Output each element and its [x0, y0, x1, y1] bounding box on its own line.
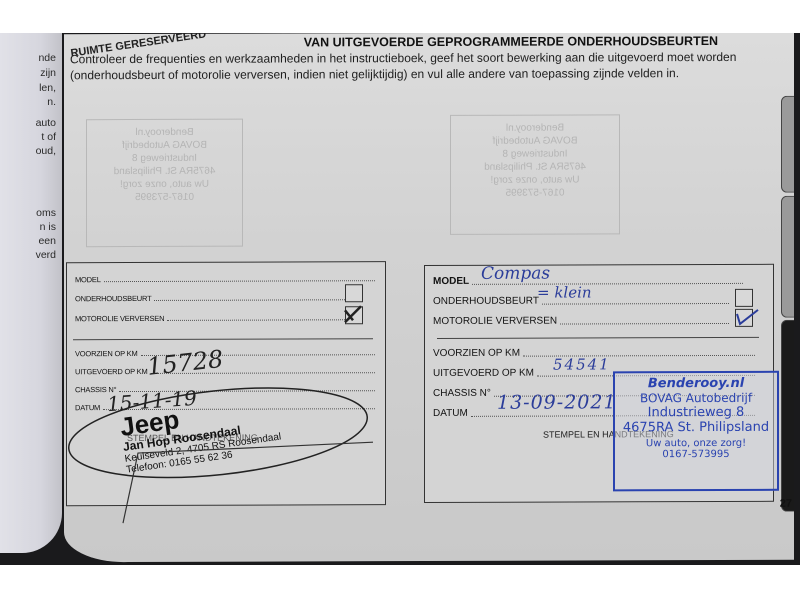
- uitgevoerd-value: 54541: [553, 355, 611, 373]
- datum-value: 13-09-2021: [497, 391, 617, 413]
- onderhoudsbeurt-row: ONDERHOUDSBEURT: [75, 293, 347, 303]
- onderhoudsbeurt-label: ONDERHOUDSBEURT: [75, 294, 151, 303]
- ghost-line: 0167-573995: [87, 191, 242, 205]
- ghost-line: Uw auto, onze zorg!: [451, 173, 619, 187]
- chassis-label: CHASSIS N°: [433, 388, 491, 399]
- booklet-photo: nde zijn len, n. auto t of oud, oms n is…: [0, 33, 800, 565]
- uitgevoerd-label: UITGEVOERD OP KM: [433, 368, 534, 379]
- check-mark-icon: [343, 304, 363, 324]
- dotted-leader: [154, 299, 347, 301]
- stamp-street: Industrieweg 8: [615, 406, 777, 422]
- uitgevoerd-row: UITGEVOERD OP KM: [75, 366, 375, 376]
- stamp-type: BOVAG Autobedrijf: [615, 392, 777, 406]
- page-number: 27: [780, 498, 792, 510]
- datum-label: DATUM: [433, 408, 468, 419]
- check-mark-icon: [734, 306, 760, 326]
- left-page-text: nde: [38, 51, 56, 67]
- motorolie-row: MOTOROLIE VERVERSEN: [433, 315, 729, 327]
- ghost-line: 4675RA St. Philipsland: [451, 160, 619, 174]
- onderhoudsbeurt-value: = klein: [537, 283, 592, 301]
- section-tab[interactable]: [781, 320, 794, 512]
- ghost-line: 0167-573995: [451, 186, 619, 200]
- section-tab[interactable]: [781, 196, 794, 318]
- dotted-leader: [167, 319, 347, 321]
- ghost-line: BOVAG Autobedrijf: [87, 139, 242, 153]
- voorzien-label: VOORZIEN OP KM: [75, 349, 138, 358]
- motorolie-label: MOTOROLIE VERVERSEN: [433, 316, 557, 327]
- section-tab[interactable]: [781, 96, 794, 193]
- voorzien-row: VOORZIEN OP KM: [75, 348, 375, 358]
- ghost-stamp: Benderooy.nl BOVAG Autobedrijf Industrie…: [450, 114, 620, 235]
- left-page-text: zijn: [40, 66, 56, 82]
- stamp-slogan: Uw auto, onze zorg!: [615, 437, 777, 449]
- ghost-line: 4675RA St. Philipsland: [87, 165, 242, 179]
- divider: [437, 337, 759, 339]
- model-label: MODEL: [75, 275, 101, 284]
- left-page-text: verd: [36, 248, 56, 264]
- model-row: MODEL: [75, 274, 375, 284]
- stamp-city: 4675RA St. Philipsland: [615, 420, 777, 436]
- maintenance-form-1: MODEL ONDERHOUDSBEURT MOTOROLIE VERVERSE…: [66, 261, 386, 506]
- ghost-line: Uw auto, onze zorg!: [87, 178, 242, 192]
- page-heading: RUIMTE GERESERVEERD VAN UITGEVOERDE GEPR…: [70, 34, 718, 50]
- motorolie-label: MOTOROLIE VERVERSEN: [75, 314, 164, 323]
- left-page-text: n.: [47, 95, 56, 111]
- onderhoudsbeurt-checkbox[interactable]: [735, 289, 753, 307]
- heading-right: VAN UITGEVOERDE GEPROGRAMMEERDE ONDERHOU…: [304, 34, 718, 49]
- dealer-stamp-bovag: Benderooy.nl BOVAG Autobedrijf Industrie…: [613, 371, 779, 492]
- left-page: nde zijn len, n. auto t of oud, oms n is…: [0, 33, 62, 553]
- ghost-line: BOVAG Autobedrijf: [451, 134, 619, 148]
- maintenance-page: RUIMTE GERESERVEERD VAN UITGEVOERDE GEPR…: [64, 33, 794, 562]
- model-label: MODEL: [433, 276, 469, 287]
- onderhoudsbeurt-checkbox[interactable]: [345, 284, 363, 302]
- model-value: Compas: [481, 264, 550, 284]
- ghost-line: Industrieweg 8: [87, 152, 242, 166]
- ghost-stamp: Benderooy.nl BOVAG Autobedrijf Industrie…: [86, 119, 243, 248]
- motorolie-checkbox[interactable]: [345, 306, 363, 324]
- dotted-leader: [560, 323, 729, 325]
- divider: [73, 338, 373, 340]
- section-tabs: [782, 38, 794, 508]
- maintenance-form-2: MODEL Compas ONDERHOUDSBEURT = klein MOT…: [424, 264, 774, 503]
- intro-text: Controleer de frequenties en werkzaamhed…: [70, 49, 780, 83]
- dotted-leader: [542, 303, 729, 305]
- model-field[interactable]: [104, 280, 375, 282]
- stamp-phone: 0167-573995: [615, 449, 777, 461]
- left-page-text: oud,: [36, 144, 56, 160]
- uitgevoerd-label: UITGEVOERD OP KM: [75, 367, 148, 376]
- motorolie-row: MOTOROLIE VERVERSEN: [75, 313, 347, 323]
- intro-line-2: (onderhoudsbeurt of motorolie verversen,…: [70, 65, 780, 83]
- ghost-line: Industrieweg 8: [451, 147, 619, 161]
- ghost-line: Benderooy.nl: [87, 126, 242, 140]
- motorolie-checkbox[interactable]: [735, 309, 753, 327]
- onderhoudsbeurt-label: ONDERHOUDSBEURT: [433, 296, 539, 307]
- voorzien-label: VOORZIEN OP KM: [433, 348, 520, 359]
- stamp-website: Benderooy.nl: [615, 377, 777, 393]
- signature-scribble: [63, 382, 393, 533]
- ghost-line: Benderooy.nl: [451, 121, 619, 135]
